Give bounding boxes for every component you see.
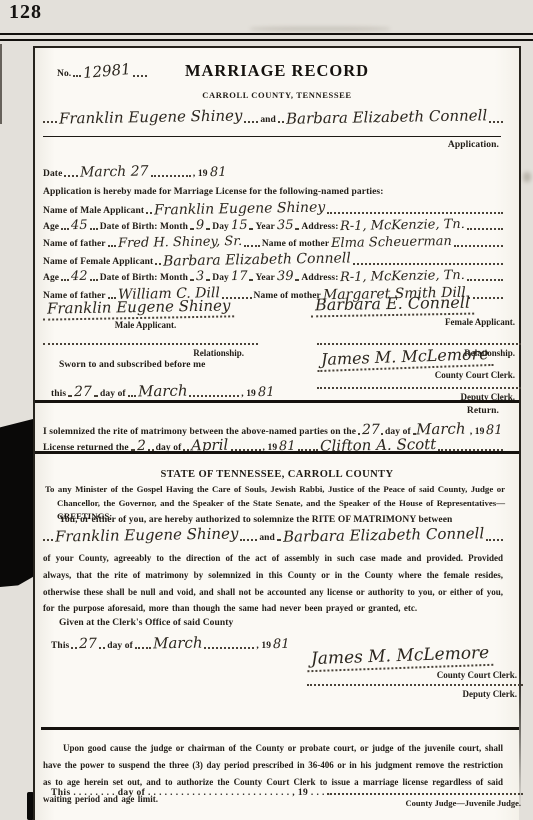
dotted-leader [327,210,503,214]
year-value-handwritten: 81 [209,165,226,180]
clerk-signature-block: James M. McLemore County Court Clerk. [317,347,521,380]
male-name-label: Name of Male Applicant [43,206,144,216]
address-label: Address: [301,222,338,232]
male-age-handwritten: 45 [71,218,88,233]
dotted-leader [43,537,53,541]
female-dob-year-handwritten: 39 [277,269,294,284]
license-date-row: This 27 day of March , 19 81 [43,634,303,652]
bleed-through-smudge [523,172,531,182]
address-label: Address: [301,273,338,283]
marriage-record-form: No. 12981 MARRIAGE RECORD CARROLL COUNTY… [33,46,519,820]
dotted-leader [277,537,281,541]
relationship-left-block: Relationship. [43,340,258,358]
female-name-handwritten: Barbara Elizabeth Connell [163,250,351,269]
male-parents-row: Name of father Fred H. Shiney, Sr. Name … [43,235,503,250]
names-underline [43,136,501,137]
scan-black-artifact [0,419,33,587]
license-issue-year-handwritten: 81 [273,637,290,652]
this-label: this [51,389,66,399]
dotted-leader [244,119,258,123]
section-rule [41,727,519,730]
dotted-leader [327,790,523,795]
year-label: Year [255,222,274,232]
dotted-leader [146,210,152,214]
groom-name-handwritten: Franklin Eugene Shiney [59,106,243,127]
county-court-clerk-label: County Court Clerk. [307,670,523,680]
license-names-row: Franklin Eugene Shiney and Barbara Eliza… [43,526,503,544]
dotted-leader [489,119,503,123]
female-data-row: Age 42 Date of Birth: Month 3 Day 17 Yea… [43,269,503,284]
dotted-leader [64,173,78,177]
dotted-leader [90,226,98,230]
male-dob-year-handwritten: 35 [277,218,294,233]
top-double-rule-upper [0,33,533,35]
age-label: Age [43,222,59,232]
deputy-clerk-block-2: Deputy Clerk. [307,681,523,699]
female-signature-block: Barbara E. Connell Female Applicant. [311,294,521,327]
and-label: and [259,533,275,543]
section-rule [35,400,519,403]
male-signature-handwritten: Franklin Eugene Shiney [43,296,235,320]
dotted-leader [244,243,260,247]
dotted-leader [190,277,194,281]
male-mother-handwritten: Elma Scheuerman [331,234,452,251]
dotted-leader [240,537,257,541]
and-label: and [260,115,276,125]
dotted-leader [206,277,210,281]
female-dob-day-handwritten: 17 [231,269,248,284]
clerk-signature-block-2: James M. McLemore County Court Clerk. [307,646,523,680]
license-groom-handwritten: Franklin Eugene Shiney [55,524,239,545]
dotted-leader [295,277,299,281]
female-name-label: Name of Female Applicant [43,257,153,267]
dotted-leader [189,393,239,397]
header-names-row: Franklin Eugene Shiney and Barbara Eliza… [43,108,503,126]
male-name-handwritten: Franklin Eugene Shiney [154,200,325,219]
license-bride-handwritten: Barbara Elizabeth Connell [283,524,484,546]
year-label: Year [255,273,274,283]
dotted-leader [43,119,57,123]
male-address-handwritten: R-1, McKenzie, Tn. [340,217,465,234]
male-dob-month-handwritten: 9 [196,218,205,233]
dotted-leader [43,340,258,345]
dotted-leader [99,645,105,649]
dotted-leader [353,261,503,265]
dotted-leader [155,261,161,265]
relationship-label: Relationship. [43,348,258,358]
male-signature-block: Franklin Eugene Shiney Male Applicant. [43,298,248,330]
license-issue-month-handwritten: March [153,634,203,653]
male-name-row: Name of Male Applicant Franklin Eugene S… [43,201,503,217]
bride-name-handwritten: Barbara Elizabeth Connell [286,106,487,128]
male-dob-day-handwritten: 15 [231,218,248,233]
dob-label: Date of Birth: Month [100,222,188,232]
dotted-leader [71,645,77,649]
father-label: Name of father [43,239,106,249]
day-of-label: day of [107,641,133,651]
sworn-month-handwritten: March [138,382,188,401]
dotted-leader [204,645,254,649]
date-value-handwritten: March 27 [80,163,149,180]
application-date-row: Date March 27 , 19 81 [43,164,273,180]
female-address-handwritten: R-1, McKenzie, Tn. [340,268,465,285]
county-judge-block: County Judge—Juvenile Judge. [327,790,523,808]
dotted-leader [206,226,210,230]
county-court-clerk-label: County Court Clerk. [317,370,521,380]
female-dob-month-handwritten: 3 [196,269,205,284]
date-label: Date [43,169,62,179]
authorize-text: You, or either of you, are hereby author… [59,515,452,525]
day-label: Day [212,273,229,283]
state-county-heading: STATE OF TENNESSEE, CARROLL COUNTY [35,469,519,480]
female-name-row: Name of Female Applicant Barbara Elizabe… [43,252,503,268]
dotted-leader [68,393,72,397]
form-county-subtitle: CARROLL COUNTY, TENNESSEE [35,90,519,100]
dotted-leader [486,537,503,541]
dotted-leader [249,277,253,281]
dob-label: Date of Birth: Month [100,273,188,283]
dotted-leader [135,645,151,649]
dotted-leader [317,384,521,389]
year-printed: , 19 [193,169,208,179]
female-signature-handwritten: Barbara E. Connell [311,293,474,318]
male-father-handwritten: Fred H. Shiney, Sr. [117,234,241,251]
dotted-leader [190,226,194,230]
blank-date-line: This . . . . . . . . day of . . . . . . … [51,788,330,798]
dotted-leader [381,431,383,435]
dotted-leader [358,431,360,435]
sworn-year-handwritten: 81 [258,385,275,400]
dotted-leader [61,277,69,281]
dotted-leader [467,277,503,281]
section-rule [35,451,519,454]
year-printed: , 19 [241,389,256,399]
return-section-label: Return. [467,406,499,416]
dotted-leader [151,173,191,177]
scanned-marriage-record-page: { "page_number": "128", "colors": {"ink"… [0,0,533,820]
dotted-leader [94,393,98,397]
sworn-date-row: this 27 day of March , 19 81 [43,382,293,400]
female-applicant-label: Female Applicant. [311,317,521,327]
application-intro-text: Application is hereby made for Marriage … [43,187,383,197]
dotted-leader [454,243,503,247]
given-at-clerks-office-text: Given at the Clerk's Office of said Coun… [59,618,233,628]
dotted-leader [467,226,503,230]
page-number: 128 [9,2,42,22]
sworn-day-handwritten: 27 [74,384,92,400]
dotted-leader [249,226,253,230]
male-applicant-label: Male Applicant. [43,320,248,330]
female-age-handwritten: 42 [71,269,88,284]
deputy-clerk-label: Deputy Clerk. [307,689,523,699]
top-double-rule-lower [0,39,533,41]
county-judge-label: County Judge—Juvenile Judge. [327,798,523,808]
this-label: This [51,641,69,651]
day-label: Day [212,222,229,232]
male-data-row: Age 45 Date of Birth: Month 9 Day 15 Yea… [43,218,503,233]
year-printed: , 19 [256,641,271,651]
clerk-signature-handwritten: James M. McLemore [317,344,493,372]
dotted-leader [90,277,98,281]
license-issue-day-handwritten: 27 [79,636,97,652]
day-of-label: day of [100,389,126,399]
form-title: MARRIAGE RECORD [35,61,519,81]
license-body-paragraph: of your County, agreeably to the directi… [43,550,503,617]
dotted-leader [278,119,284,123]
application-section-label: Application. [448,140,499,150]
mother-label: Name of mother [262,239,329,249]
dotted-leader [295,226,299,230]
dotted-leader [108,243,116,247]
sworn-statement-text: Sworn to and subscribed before me [59,360,205,370]
scan-left-edge-line [0,44,2,124]
dotted-leader [128,393,136,397]
age-label: Age [43,273,59,283]
dotted-leader [61,226,69,230]
bleed-through-smudge [250,27,390,31]
dotted-leader [307,681,523,686]
clerk-signature-handwritten: James M. McLemore [307,643,494,672]
